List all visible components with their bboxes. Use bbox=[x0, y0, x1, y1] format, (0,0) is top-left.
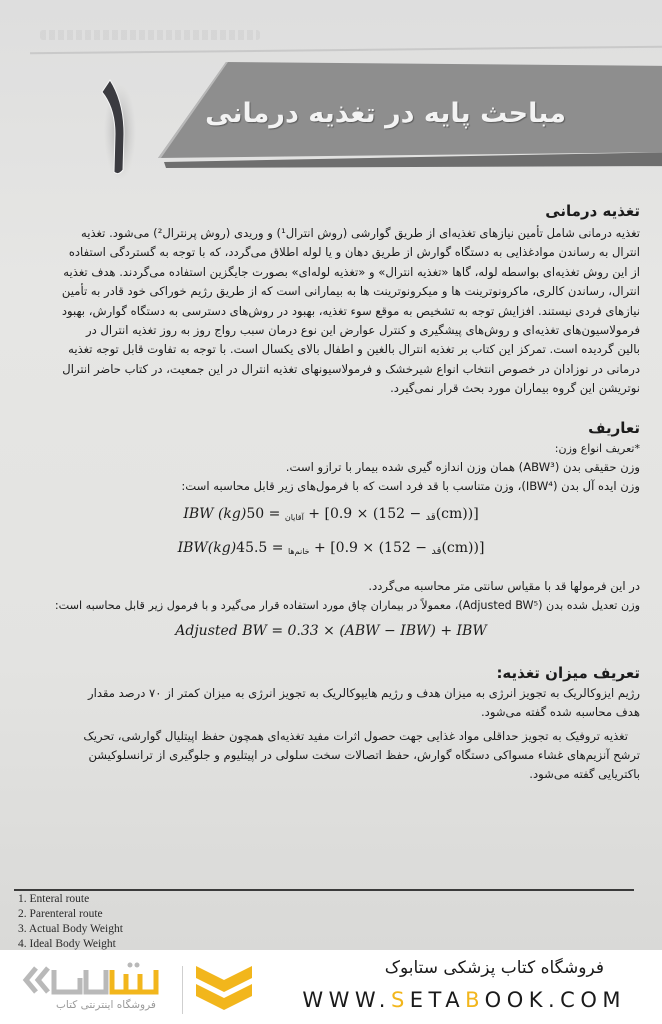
ibw-definition: وزن ایده آل بدن (IBW⁴)، وزن متناسب با قد… bbox=[22, 477, 640, 496]
weight-types-label: *تعریف انواع وزن: bbox=[22, 439, 640, 458]
intake-paragraph-2-cont: ترشح آنزیم‌های غشاء مسواکی دستگاه گوارش،… bbox=[22, 746, 640, 785]
text-line: فرمولاسیون‌های تغذیه‌ای و روش‌های پیشگیر… bbox=[22, 321, 640, 340]
intake-paragraph-1: رژیم ایزوکالریک به تجویز انرژی به میزان … bbox=[22, 684, 640, 723]
footnote-4: 4. Ideal Body Weight bbox=[18, 937, 123, 950]
book-page: مباحث پایه در تغذیه درمانی تغذیه درمانی … bbox=[0, 0, 662, 950]
height-note-paragraph: در این فرمولها قد با مقیاس سانتی متر محا… bbox=[22, 577, 640, 616]
logo-separator bbox=[182, 966, 183, 1014]
text-line: تغذیه درمانی شامل تأمین نیازهای تغذیه‌ای… bbox=[22, 224, 640, 243]
text-line: نیازهای فردی نیستند. افزایش توجه به تشخی… bbox=[22, 302, 640, 321]
page-content: تغذیه درمانی تغذیه درمانی شامل تأمین نیا… bbox=[22, 200, 640, 785]
running-head-rule bbox=[30, 46, 662, 55]
footnote-rule bbox=[14, 889, 634, 891]
height-note: در این فرمولها قد با مقیاس سانتی متر محا… bbox=[22, 577, 640, 596]
abw-definition: وزن حقیقی بدن (ABW³) همان وزن اندازه گیر… bbox=[22, 458, 640, 477]
chapter-number bbox=[96, 74, 136, 188]
text-line: درمانی در نوزادان در خصوص انتخاب انواع ش… bbox=[22, 360, 640, 379]
formula-ibw-men: IBW (kg)آقایان = 50 + [0.9 × (قد − 152(c… bbox=[22, 499, 640, 533]
text-line: انترال، رساندن کالری، ماکرونوترینت ها و … bbox=[22, 282, 640, 301]
text-line: نوتریشن این گروه بیماران مورد بحث قرار ن… bbox=[22, 379, 640, 398]
footnote-3: 3. Actual Body Weight bbox=[18, 922, 123, 937]
text-line: تغذیه تروفیک به تجویز حداقلی مواد غذایی … bbox=[22, 727, 628, 746]
formula-ibw-women: IBW(kg)خانم‌ها = 45.5 + [0.9 × (قد − 152… bbox=[22, 533, 640, 567]
chapter-title: مباحث پایه در تغذیه درمانی bbox=[205, 98, 566, 129]
section-title-therapy: تغذیه درمانی bbox=[22, 200, 640, 222]
logo-tagline: فروشگاه اینترنتی کتاب bbox=[56, 999, 156, 1011]
text-line: انترال به رساندن موادغذایی به دستگاه گوا… bbox=[22, 243, 640, 262]
setabook-wordmark-icon bbox=[22, 960, 182, 1000]
setabook-chevron-icon bbox=[194, 964, 254, 1014]
text-line: هدف محاسبه شده گفته می‌شود. bbox=[22, 703, 640, 722]
therapy-paragraph: تغذیه درمانی شامل تأمین نیازهای تغذیه‌ای… bbox=[22, 224, 640, 399]
running-head-bleed bbox=[40, 30, 260, 40]
shop-name: فروشگاه کتاب پزشکی ستابوک bbox=[385, 958, 604, 978]
formula-adjusted-bw: Adjusted BW = 0.33 × (ABW − IBW) + IBW bbox=[22, 616, 640, 646]
definitions-paragraph: *تعریف انواع وزن: وزن حقیقی بدن (ABW³) ه… bbox=[22, 439, 640, 497]
footnotes: 1. Enteral route 2. Parenteral route 3. … bbox=[18, 892, 123, 950]
text-line: از این روش تغذیه‌ای بواسطه لوله، گاها «ت… bbox=[22, 263, 640, 282]
shop-url-link[interactable]: WWW.SETABOOK.COM bbox=[302, 988, 626, 1012]
text-line: ترشح آنزیم‌های غشاء مسواکی دستگاه گوارش،… bbox=[22, 746, 640, 765]
text-line: بالین گردیده است. تمرکز این کتاب بر تغذی… bbox=[22, 340, 640, 359]
text-line: باکتریایی گفته می‌شود. bbox=[22, 765, 640, 784]
adjusted-bw-definition: وزن تعدیل شده بدن (Adjusted BW⁵)، معمولا… bbox=[22, 596, 640, 615]
text-line: رژیم ایزوکالریک به تجویز انرژی به میزان … bbox=[22, 684, 640, 703]
intake-paragraph-2: تغذیه تروفیک به تجویز حداقلی مواد غذایی … bbox=[22, 727, 640, 746]
section-title-definitions: تعاریف bbox=[22, 417, 640, 439]
footnote-2: 2. Parenteral route bbox=[18, 907, 123, 922]
setabook-logo[interactable]: فروشگاه اینترنتی کتاب bbox=[22, 960, 242, 1016]
section-title-intake: تعریف میزان تغذیه: bbox=[22, 662, 640, 684]
footnote-1: 1. Enteral route bbox=[18, 892, 123, 907]
